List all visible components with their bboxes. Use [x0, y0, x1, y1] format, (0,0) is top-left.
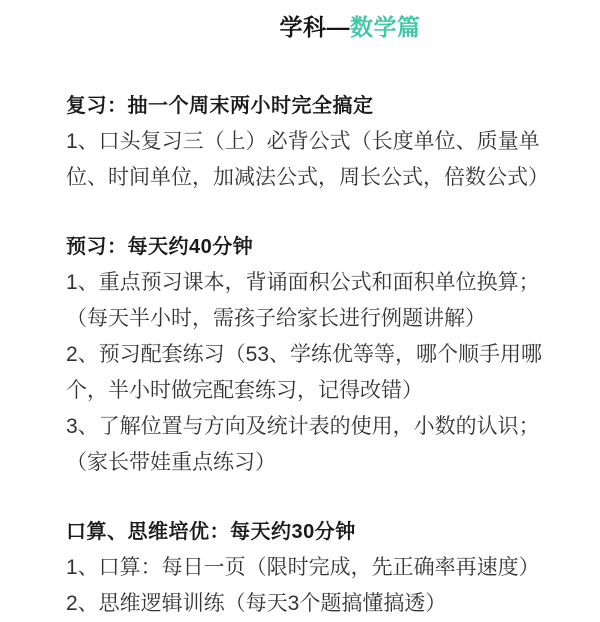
list-item: 1、重点预习课本，背诵面积公式和面积单位换算； （每天半小时，需孩子给家长进行例…: [66, 265, 560, 337]
text-line: 3、了解位置与方向及统计表的使用，小数的认识；: [66, 409, 560, 445]
text-line: （家长带娃重点练习）: [66, 445, 560, 481]
text-line: 个，半小时做完配套练习，记得改错）: [66, 373, 560, 409]
text-line: 1、口头复习三（上）必背公式（长度单位、质量单: [66, 124, 560, 160]
text-line: （每天半小时，需孩子给家长进行例题讲解）: [66, 301, 560, 337]
text-line: 位、时间单位，加减法公式，周长公式，倍数公式）: [66, 160, 560, 196]
list-item: 3、了解位置与方向及统计表的使用，小数的认识； （家长带娃重点练习）: [66, 409, 560, 481]
list-item: 2、思维逻辑训练（每天3个题搞懂搞透）: [66, 586, 560, 622]
title-prefix: 学科—: [280, 14, 351, 40]
section-review: 复习：抽一个周末两小时完全搞定 1、口头复习三（上）必背公式（长度单位、质量单 …: [66, 88, 560, 196]
section-mental-math: 口算、思维培优：每天约30分钟 1、口算：每日一页（限时完成，先正确率再速度） …: [66, 514, 560, 622]
section-review-heading: 复习：抽一个周末两小时完全搞定: [66, 88, 560, 124]
text-line: 2、思维逻辑训练（每天3个题搞懂搞透）: [66, 586, 560, 622]
page-title: 学科—数学篇: [50, 9, 600, 42]
section-mental-math-heading: 口算、思维培优：每天约30分钟: [66, 514, 560, 550]
section-preview: 预习：每天约40分钟 1、重点预习课本，背诵面积公式和面积单位换算； （每天半小…: [66, 229, 560, 481]
text-line: 1、重点预习课本，背诵面积公式和面积单位换算；: [66, 265, 560, 301]
list-item: 1、口头复习三（上）必背公式（长度单位、质量单 位、时间单位，加减法公式，周长公…: [66, 124, 560, 196]
text-line: 1、口算：每日一页（限时完成，先正确率再速度）: [66, 550, 560, 586]
text-line: 2、预习配套练习（53、学练优等等，哪个顺手用哪: [66, 337, 560, 373]
document-page: 学科—数学篇 复习：抽一个周末两小时完全搞定 1、口头复习三（上）必背公式（长度…: [0, 0, 600, 622]
section-preview-heading: 预习：每天约40分钟: [66, 229, 560, 265]
title-highlight: 数学篇: [350, 14, 421, 40]
list-item: 2、预习配套练习（53、学练优等等，哪个顺手用哪 个，半小时做完配套练习，记得改…: [66, 337, 560, 409]
document-body: 复习：抽一个周末两小时完全搞定 1、口头复习三（上）必背公式（长度单位、质量单 …: [0, 88, 600, 622]
list-item: 1、口算：每日一页（限时完成，先正确率再速度）: [66, 550, 560, 586]
